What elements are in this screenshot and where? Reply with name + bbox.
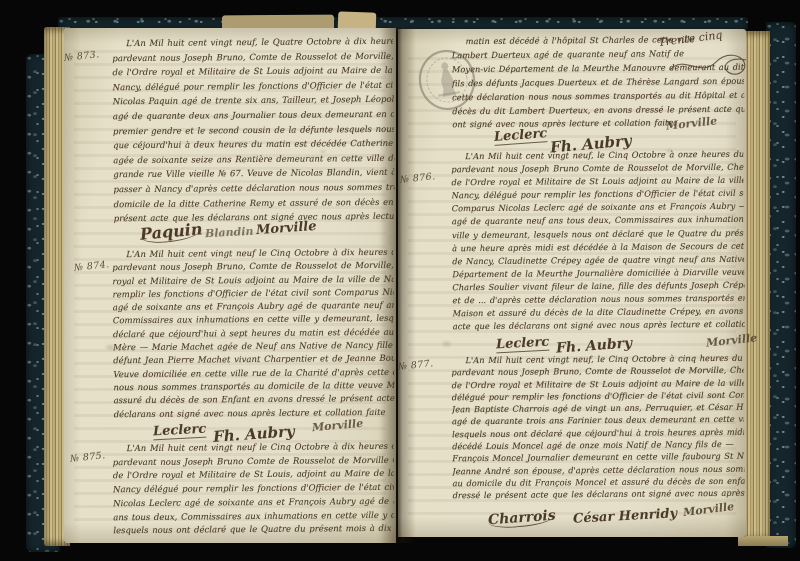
signature-leclerc-874: Leclerc	[153, 422, 207, 441]
manuscript-line: acte que les déclarans ont signé avec no…	[453, 318, 745, 334]
book-cover-right-edge	[766, 22, 796, 548]
manuscript-line: lesquels nous ont déclaré que le Quatre …	[113, 523, 394, 539]
death-record-entry-875: L'An Mil huit cent vingt neuf le Cinq Oc…	[113, 441, 395, 539]
manuscript-line: dressé le présent acte que les déclarans…	[453, 487, 745, 502]
page-edges-bottom-right	[738, 536, 788, 546]
death-record-entry-877: L'An Mil huit cent vingt neuf, le Cinq O…	[451, 352, 744, 502]
death-record-entry-876: L'An Mil huit cent vingt neuf, le Cinq O…	[451, 148, 745, 334]
death-record-entry-874: L'An Mil huit cent vingt neuf le Cinq Oc…	[112, 247, 394, 422]
death-record-entry-873: L'An Mil huit cent vingt neuf, le Quatre…	[112, 35, 395, 227]
signature-leclerc-876: Leclerc	[496, 335, 550, 354]
signature-blandin: Blandin	[205, 225, 254, 241]
register-book: № 873. L'An Mil huit cent vingt neuf, le…	[0, 0, 800, 561]
page-edges-right-stack	[742, 31, 770, 541]
